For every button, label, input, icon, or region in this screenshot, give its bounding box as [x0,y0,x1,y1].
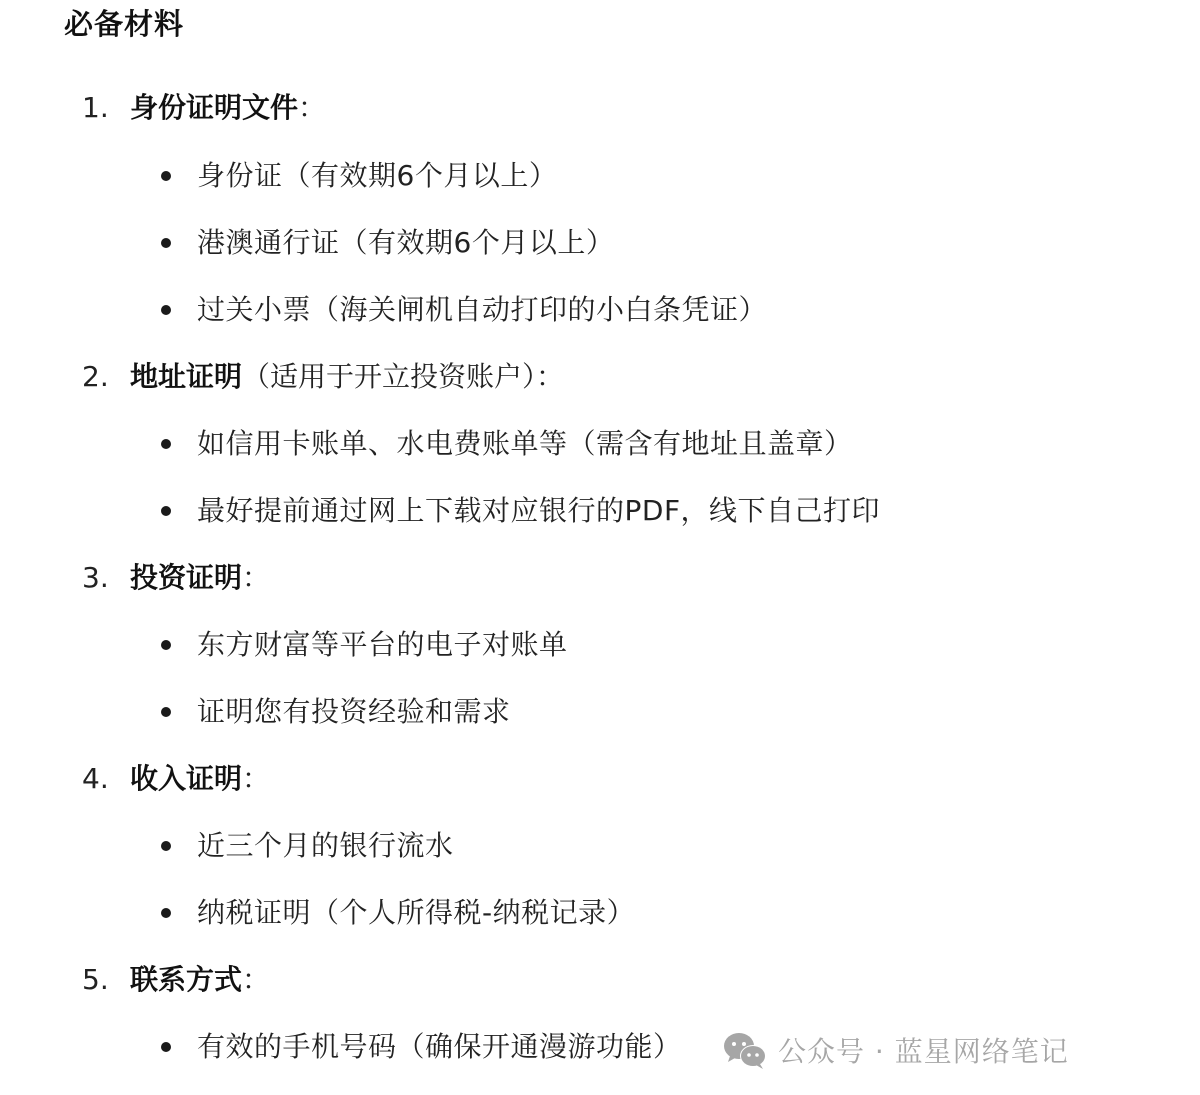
section-title-bold: 身份证明文件 [130,91,298,124]
section-title-suffix: ： [298,91,326,124]
section-title-bold: 地址证明 [130,360,242,393]
bullet-icon [161,305,171,315]
bullet-icon [161,707,171,717]
section-title: 身份证明文件： [130,88,326,128]
bullet-icon [161,908,171,918]
section-title-suffix: ： [242,561,270,594]
section-title: 收入证明： [130,759,270,799]
section-title-suffix: ： [242,762,270,795]
section-title-bold: 投资证明 [130,561,242,594]
section-title-bold: 联系方式 [130,963,242,996]
list-number: 1. [82,88,109,128]
bullet-text: 港澳通行证（有效期6个月以上） [197,223,614,263]
section-title-suffix: ： [536,360,564,393]
list-number: 3. [82,558,109,598]
bullet-text: 证明您有投资经验和需求 [197,692,511,732]
section-title-bold: 收入证明 [130,762,242,795]
bullet-text: 如信用卡账单、水电费账单等（需含有地址且盖章） [197,424,853,464]
bullet-text: 有效的手机号码（确保开通漫游功能） [197,1027,682,1067]
wechat-icon [722,1030,768,1070]
section-title-note: （适用于开立投资账户） [242,360,536,393]
bullet-icon [161,506,171,516]
list-number: 4. [82,759,109,799]
list-number: 5. [82,960,109,1000]
section-title-suffix: ： [242,963,270,996]
page-title: 必备材料 [64,4,184,44]
bullet-text: 东方财富等平台的电子对账单 [197,625,568,665]
bullet-text: 最好提前通过网上下载对应银行的PDF，线下自己打印 [197,491,880,531]
bullet-text: 纳税证明（个人所得税-纳税记录） [197,893,635,933]
bullet-icon [161,841,171,851]
section-title: 联系方式： [130,960,270,1000]
bullet-icon [161,238,171,248]
bullet-icon [161,439,171,449]
bullet-text: 身份证（有效期6个月以上） [197,156,557,196]
section-title: 投资证明： [130,558,270,598]
watermark: 公众号 · 蓝星网络笔记 [722,1028,1069,1072]
list-number: 2. [82,357,109,397]
bullet-icon [161,171,171,181]
bullet-text: 近三个月的银行流水 [197,826,454,866]
bullet-text: 过关小票（海关闸机自动打印的小白条凭证） [197,290,767,330]
watermark-text: 公众号 · 蓝星网络笔记 [778,1030,1069,1070]
bullet-icon [161,640,171,650]
bullet-icon [161,1042,171,1052]
section-title: 地址证明（适用于开立投资账户）： [130,357,564,397]
